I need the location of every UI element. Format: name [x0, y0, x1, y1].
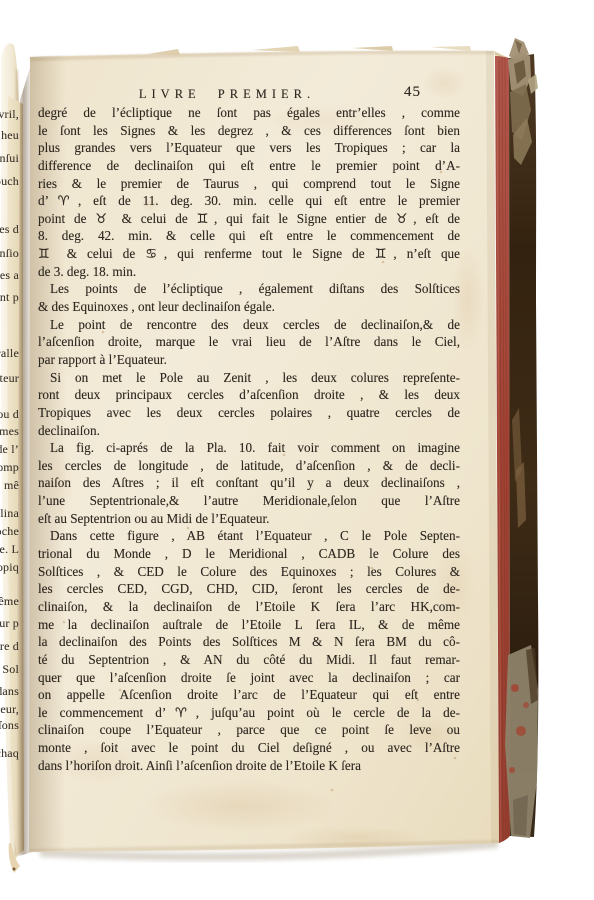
page-content: LIVRE PREMIER. 45 degré de l’écliptique … [38, 87, 460, 774]
text-line: me la declinaiſon auſtrale de l’Etoile L… [38, 616, 460, 634]
text-line: les cercles CED, CGD, CHD, CID, ſeront l… [38, 580, 460, 598]
text-line: par rapport à l’Equateur. [38, 351, 460, 369]
facing-page-fragment: éclina [0, 506, 19, 521]
text-line: difference de declinaiſon qui eſt entre … [38, 157, 460, 175]
text-line: degré de l’écliptique ne ſont pas égales… [38, 104, 460, 122]
text-line: monte , ſoit avec le point du Ciel deſig… [38, 739, 460, 757]
facing-page-text: Avril,. heuenſuicouchites denſioles aont… [0, 0, 21, 900]
facing-page-fragment: couch [0, 174, 19, 189]
text-line: naiſon des Aſtres ; il eſt conſtant qu’i… [38, 474, 460, 492]
facing-page-fragment: omp [0, 460, 19, 475]
text-line: Si on met le Pole au Zenit , les deux co… [38, 369, 460, 387]
text-line: Le point de rencontre des deux cercles d… [38, 316, 460, 334]
paragraph: degré de l’écliptique ne ſont pas égales… [38, 104, 460, 280]
facing-page-fragment: ſons [0, 718, 19, 733]
facing-page-fragment: ateur [0, 371, 19, 386]
facing-page-fragment: ur p [0, 616, 19, 631]
book-photograph: Avril,. heuenſuicouchites denſioles aont… [0, 0, 594, 900]
facing-page-fragment: les a [0, 268, 19, 283]
text-line: ront deux principaux cercles d’aſcenſion… [38, 386, 460, 404]
facing-page-fragment: ont p [0, 290, 19, 305]
facing-page-fragment: ites d [0, 222, 19, 237]
facing-page-fragment: enſio [0, 246, 19, 261]
paragraph: La fig. ci-aprés de la Pla. 10. fait voi… [38, 439, 460, 527]
text-line: ries & le premier de Taurus , qui compre… [38, 175, 460, 193]
text-line: Tropiques avec les deux cercles polaires… [38, 404, 460, 422]
facing-page-fragment: ou d [0, 407, 19, 422]
text-line: clinaiſon coupe l’Equateur , parce que c… [38, 721, 460, 739]
text-line: clinaiſon, & la declinaiſon de l’Etoile … [38, 598, 460, 616]
body-text: degré de l’écliptique ne ſont pas égales… [38, 104, 460, 774]
facing-page-fragment: enſui [0, 151, 19, 166]
facing-page-fragment: reur, [0, 702, 19, 717]
text-line: plus grandes vers l’Equateur que vers le… [38, 139, 460, 157]
text-line: quer que l’aſcenſion droite ſe joint ave… [38, 669, 460, 687]
facing-page-fragment: ralle [0, 346, 19, 361]
facing-page-fragment: dans [0, 684, 19, 699]
facing-page-fragment: ure d [0, 639, 19, 654]
text-line: l’aſcenſion droite, marque le vrai lieu … [38, 333, 460, 351]
text-line: la declinaiſon des Points des Solſtices … [38, 633, 460, 651]
facing-page-fragment: oche [0, 524, 19, 539]
text-line: les cercles de longitude , de latitude, … [38, 457, 460, 475]
text-line: l’une Septentrionale,& l’autre Meridiona… [38, 492, 460, 510]
facing-page-fragment: mê [4, 478, 19, 493]
facing-page-fragment: pre. L [0, 542, 19, 557]
text-line: La fig. ci-aprés de la Pla. 10. fait voi… [38, 439, 460, 457]
text-line: eſt au Septentrion ou au Midi de l’Equat… [38, 510, 460, 528]
text-line: declinaiſon. [38, 422, 460, 440]
text-line: 8. deg. 42. min. & celle qui eſt entre l… [38, 227, 460, 245]
running-title: LIVRE PREMIER. [38, 87, 460, 102]
text-line: té du Septentrion , & AN du côté du Midi… [38, 651, 460, 669]
paragraph: Les points de l’écliptique , également d… [38, 280, 460, 315]
facing-page-fragment: ême [0, 594, 19, 609]
page-number: 45 [404, 84, 421, 101]
facing-page-fragment: Sol [2, 662, 19, 677]
page-header: LIVRE PREMIER. 45 [38, 87, 460, 104]
text-line: on appelle Aſcenſion droite l’arc de l’E… [38, 686, 460, 704]
text-line: le commencement d’♈, juſqu’au point où l… [38, 704, 460, 722]
paragraph: Si on met le Pole au Zenit , les deux co… [38, 369, 460, 440]
text-line: ♊ & celui de ♋, qui renferme tout le Sig… [38, 245, 460, 263]
paragraph: Le point de rencontre des deux cercles d… [38, 316, 460, 369]
facing-page-fragment: Avril, [0, 107, 19, 122]
text-line: Solſtices , & CED le Colure des Equinoxe… [38, 563, 460, 581]
text-line: Dans cette figure , AB étant l’Equateur … [38, 527, 460, 545]
text-line: & des Equinoxes , ont leur declinaiſon é… [38, 298, 460, 316]
text-line: point de ♉ & celui de ♊, qui fait le Sig… [38, 210, 460, 228]
facing-page-fragment: opiq [0, 560, 19, 575]
text-line: Les points de l’écliptique , également d… [38, 280, 460, 298]
facing-page-fragment: mes [0, 424, 19, 439]
text-line: le ſont les Signes & les degrez , & ces … [38, 122, 460, 140]
facing-page-fragment: de l’ [0, 442, 19, 457]
text-line: d’♈, eſt de 11. deg. 30. min. celle qui … [38, 192, 460, 210]
text-line: de 3. deg. 18. min. [38, 263, 460, 281]
text-line: dans l’horiſon droit. Ainſi l’aſcenſion … [38, 757, 460, 775]
facing-page-fragment: chaq [0, 746, 19, 761]
paragraph: Dans cette figure , AB étant l’Equateur … [38, 527, 460, 774]
text-line: trional du Monde , D le Meridional , CAD… [38, 545, 460, 563]
facing-page-fragment: . heu [0, 128, 19, 143]
